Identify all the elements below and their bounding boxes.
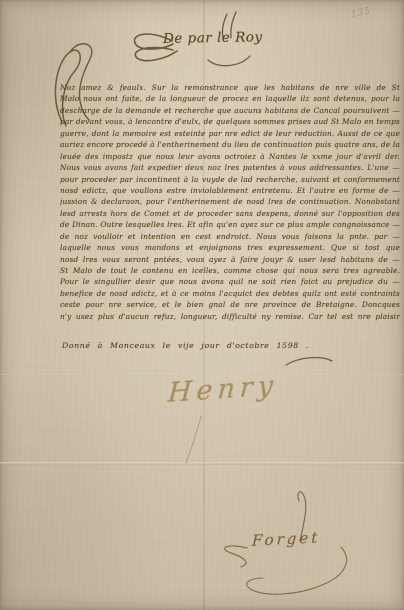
manuscript-line: laquelle nous vous mandons et enjoignons… [60, 242, 400, 253]
manuscript-line: de Dinan. Outre lesquelles lres. Et afin… [60, 219, 400, 230]
letter-body: Noz amez & feaulx. Sur la remonstrance q… [60, 82, 400, 334]
manuscript-line: nosd lres vous seront pntées, vous ayez … [60, 254, 400, 265]
manuscript-page: 135 De par le Roy Noz amez & feaulx. Sur… [0, 0, 404, 610]
manuscript-line: lesd arrests hors de Comet et de procede… [60, 208, 400, 219]
manuscript-line: benefice de nosd edictz, et à ce moins l… [60, 288, 400, 299]
manuscript-line: de noz voulloir et intention en cest end… [60, 231, 400, 242]
manuscript-line: Malo nous ont faite, de la longueur de p… [60, 93, 400, 104]
manuscript-line: Pour le singullier desir que nous avons … [60, 276, 400, 287]
manuscript-line: Noz amez & feaulx. Sur la remonstrance q… [60, 82, 400, 93]
horizontal-fold-crease [0, 462, 404, 465]
manuscript-line: par devant vous, à lencontre d'eulx, de … [60, 116, 400, 127]
manuscript-line: ceste pour nre service, et le bien gnal … [60, 299, 400, 310]
manuscript-line: descharge de la demande et recherche que… [60, 105, 400, 116]
manuscript-line: leuée des impostz que nous leur avons oc… [60, 151, 400, 162]
manuscript-line: n'y usez plus d'aucun refuz, longueur, d… [60, 311, 400, 322]
secretary-countersignature: Forget [252, 528, 321, 550]
manuscript-line: pour proceder par incontinent à la vuyde… [60, 174, 400, 185]
manuscript-line [60, 322, 400, 333]
manuscript-line: guerre, dont la memoire est esteinte par… [60, 128, 400, 139]
manuscript-line: auriez encore procedé à l'entherinement … [60, 139, 400, 150]
date-line: Donné à Monceaux le vije jour d'octobre … [62, 341, 362, 350]
letter-heading: De par le Roy [163, 29, 273, 47]
manuscript-line: St Malo de tout le contenu en icelles, c… [60, 265, 400, 276]
manuscript-line: Nous vous avons fait expedier deux noz l… [60, 162, 400, 173]
manuscript-line: jussion & declaraon, pour l'entherinemen… [60, 196, 400, 207]
manuscript-line: nosd edictz, que voullons estre inviolab… [60, 185, 400, 196]
